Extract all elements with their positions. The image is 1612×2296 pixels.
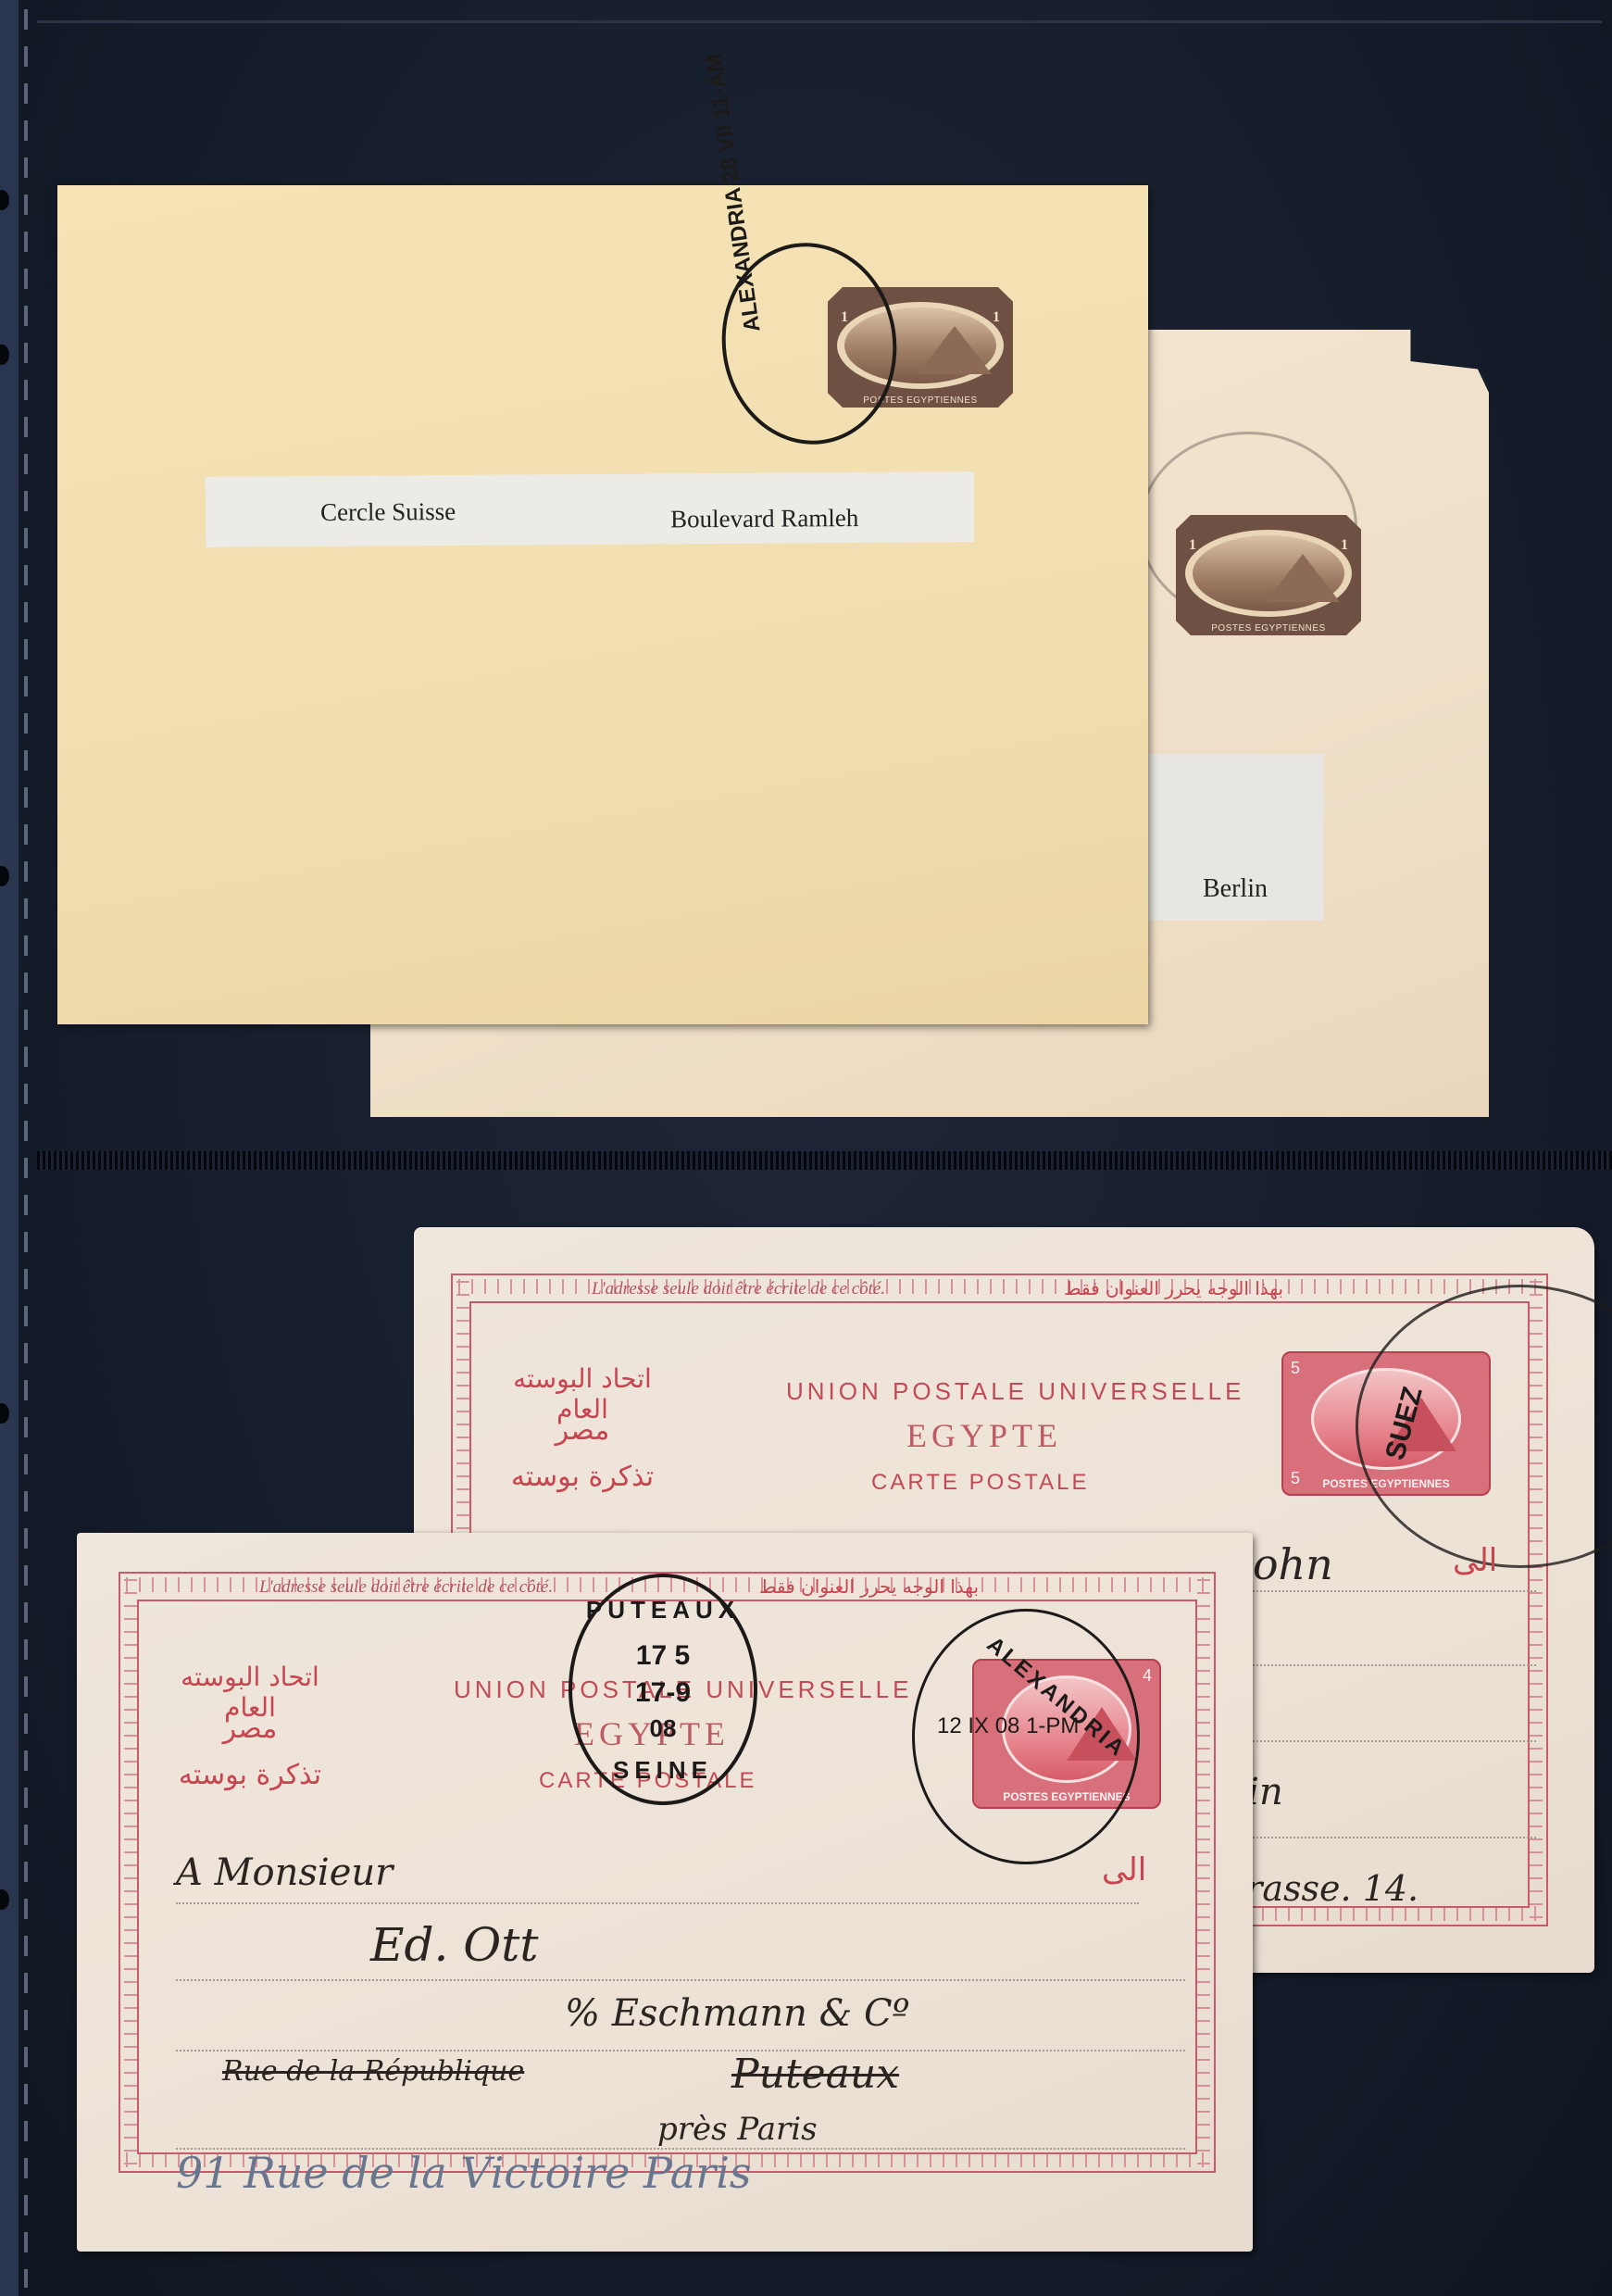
arabic-country: مصر <box>157 1713 343 1745</box>
newspaper-wrapper-cercle-suisse: 1 1 POSTES EGYPTIENNES ALEXANDRIA 28 VII… <box>57 185 1148 1024</box>
arabic-to: الى <box>1102 1851 1146 1888</box>
pocket-seam <box>24 9 28 2288</box>
arabic-card-type: تذكرة بوسته <box>490 1461 675 1493</box>
album-page: 1 1 POSTES EGYPTIENNES Berlin 1 1 POSTES… <box>0 0 1612 2296</box>
card-border: L'adresse seule doit être écrite de ce c… <box>119 1572 1216 2173</box>
sphinx-pyramid-vignette <box>1193 535 1344 611</box>
struck-street: Rue de la République <box>222 2055 524 2088</box>
redirect-address: 91 Rue de la Victoire Paris <box>176 2148 752 2198</box>
instruction-arabic: بهذا الوجه يحرر العنوان فقط <box>1064 1277 1283 1299</box>
imprinted-stamp: 1 1 POSTES EGYPTIENNES <box>1176 515 1361 635</box>
union-title: UNION POSTALE UNIVERSELLE <box>786 1377 1244 1406</box>
alexandria-postmark: ALEXANDRIA 12 IX 08 1-PM <box>912 1609 1140 1864</box>
card-type-title: CARTE POSTALE <box>871 1470 1090 1496</box>
instruction-arabic: بهذا الوجه يحرر العنوان فقط <box>759 1575 979 1598</box>
handwritten-salutation: A Monsieur <box>176 1851 393 1894</box>
instruction-french: L'adresse seule doit être écrite de ce c… <box>592 1279 885 1299</box>
address-city: Berlin <box>1203 874 1268 904</box>
country-title: EGYPTE <box>906 1416 1062 1455</box>
pocket-top-edge <box>37 20 1602 23</box>
puteaux-postmark: PUTEAUX 17 5 17-9 08 SEINE <box>569 1574 757 1805</box>
handwritten-care-of: % Eschmann & Cº <box>565 1992 909 2035</box>
handwritten-name: Ed. Ott <box>370 1918 538 1972</box>
address-label: Cercle Suisse Boulevard Ramleh <box>206 471 975 547</box>
postal-card-front: L'adresse seule doit être écrite de ce c… <box>77 1533 1253 2252</box>
arabic-card-type: تذكرة بوسته <box>157 1759 343 1791</box>
address-street: Boulevard Ramleh <box>670 504 858 533</box>
instruction-french: L'adresse seule doit être écrite de ce c… <box>259 1577 553 1598</box>
alexandria-postmark: ALEXANDRIA 28 VII 11-AM <box>709 232 910 456</box>
struck-city: Puteaux <box>731 2051 899 2098</box>
pocket-divider <box>37 1151 1612 1170</box>
address-name: Cercle Suisse <box>320 497 456 527</box>
pyramid-icon <box>1266 554 1340 602</box>
arabic-to: الى <box>1453 1542 1497 1579</box>
pyramid-icon <box>918 326 992 374</box>
address-label: Berlin <box>1145 754 1324 921</box>
handwritten-near-paris: près Paris <box>657 2111 818 2148</box>
arabic-country: مصر <box>490 1414 675 1447</box>
